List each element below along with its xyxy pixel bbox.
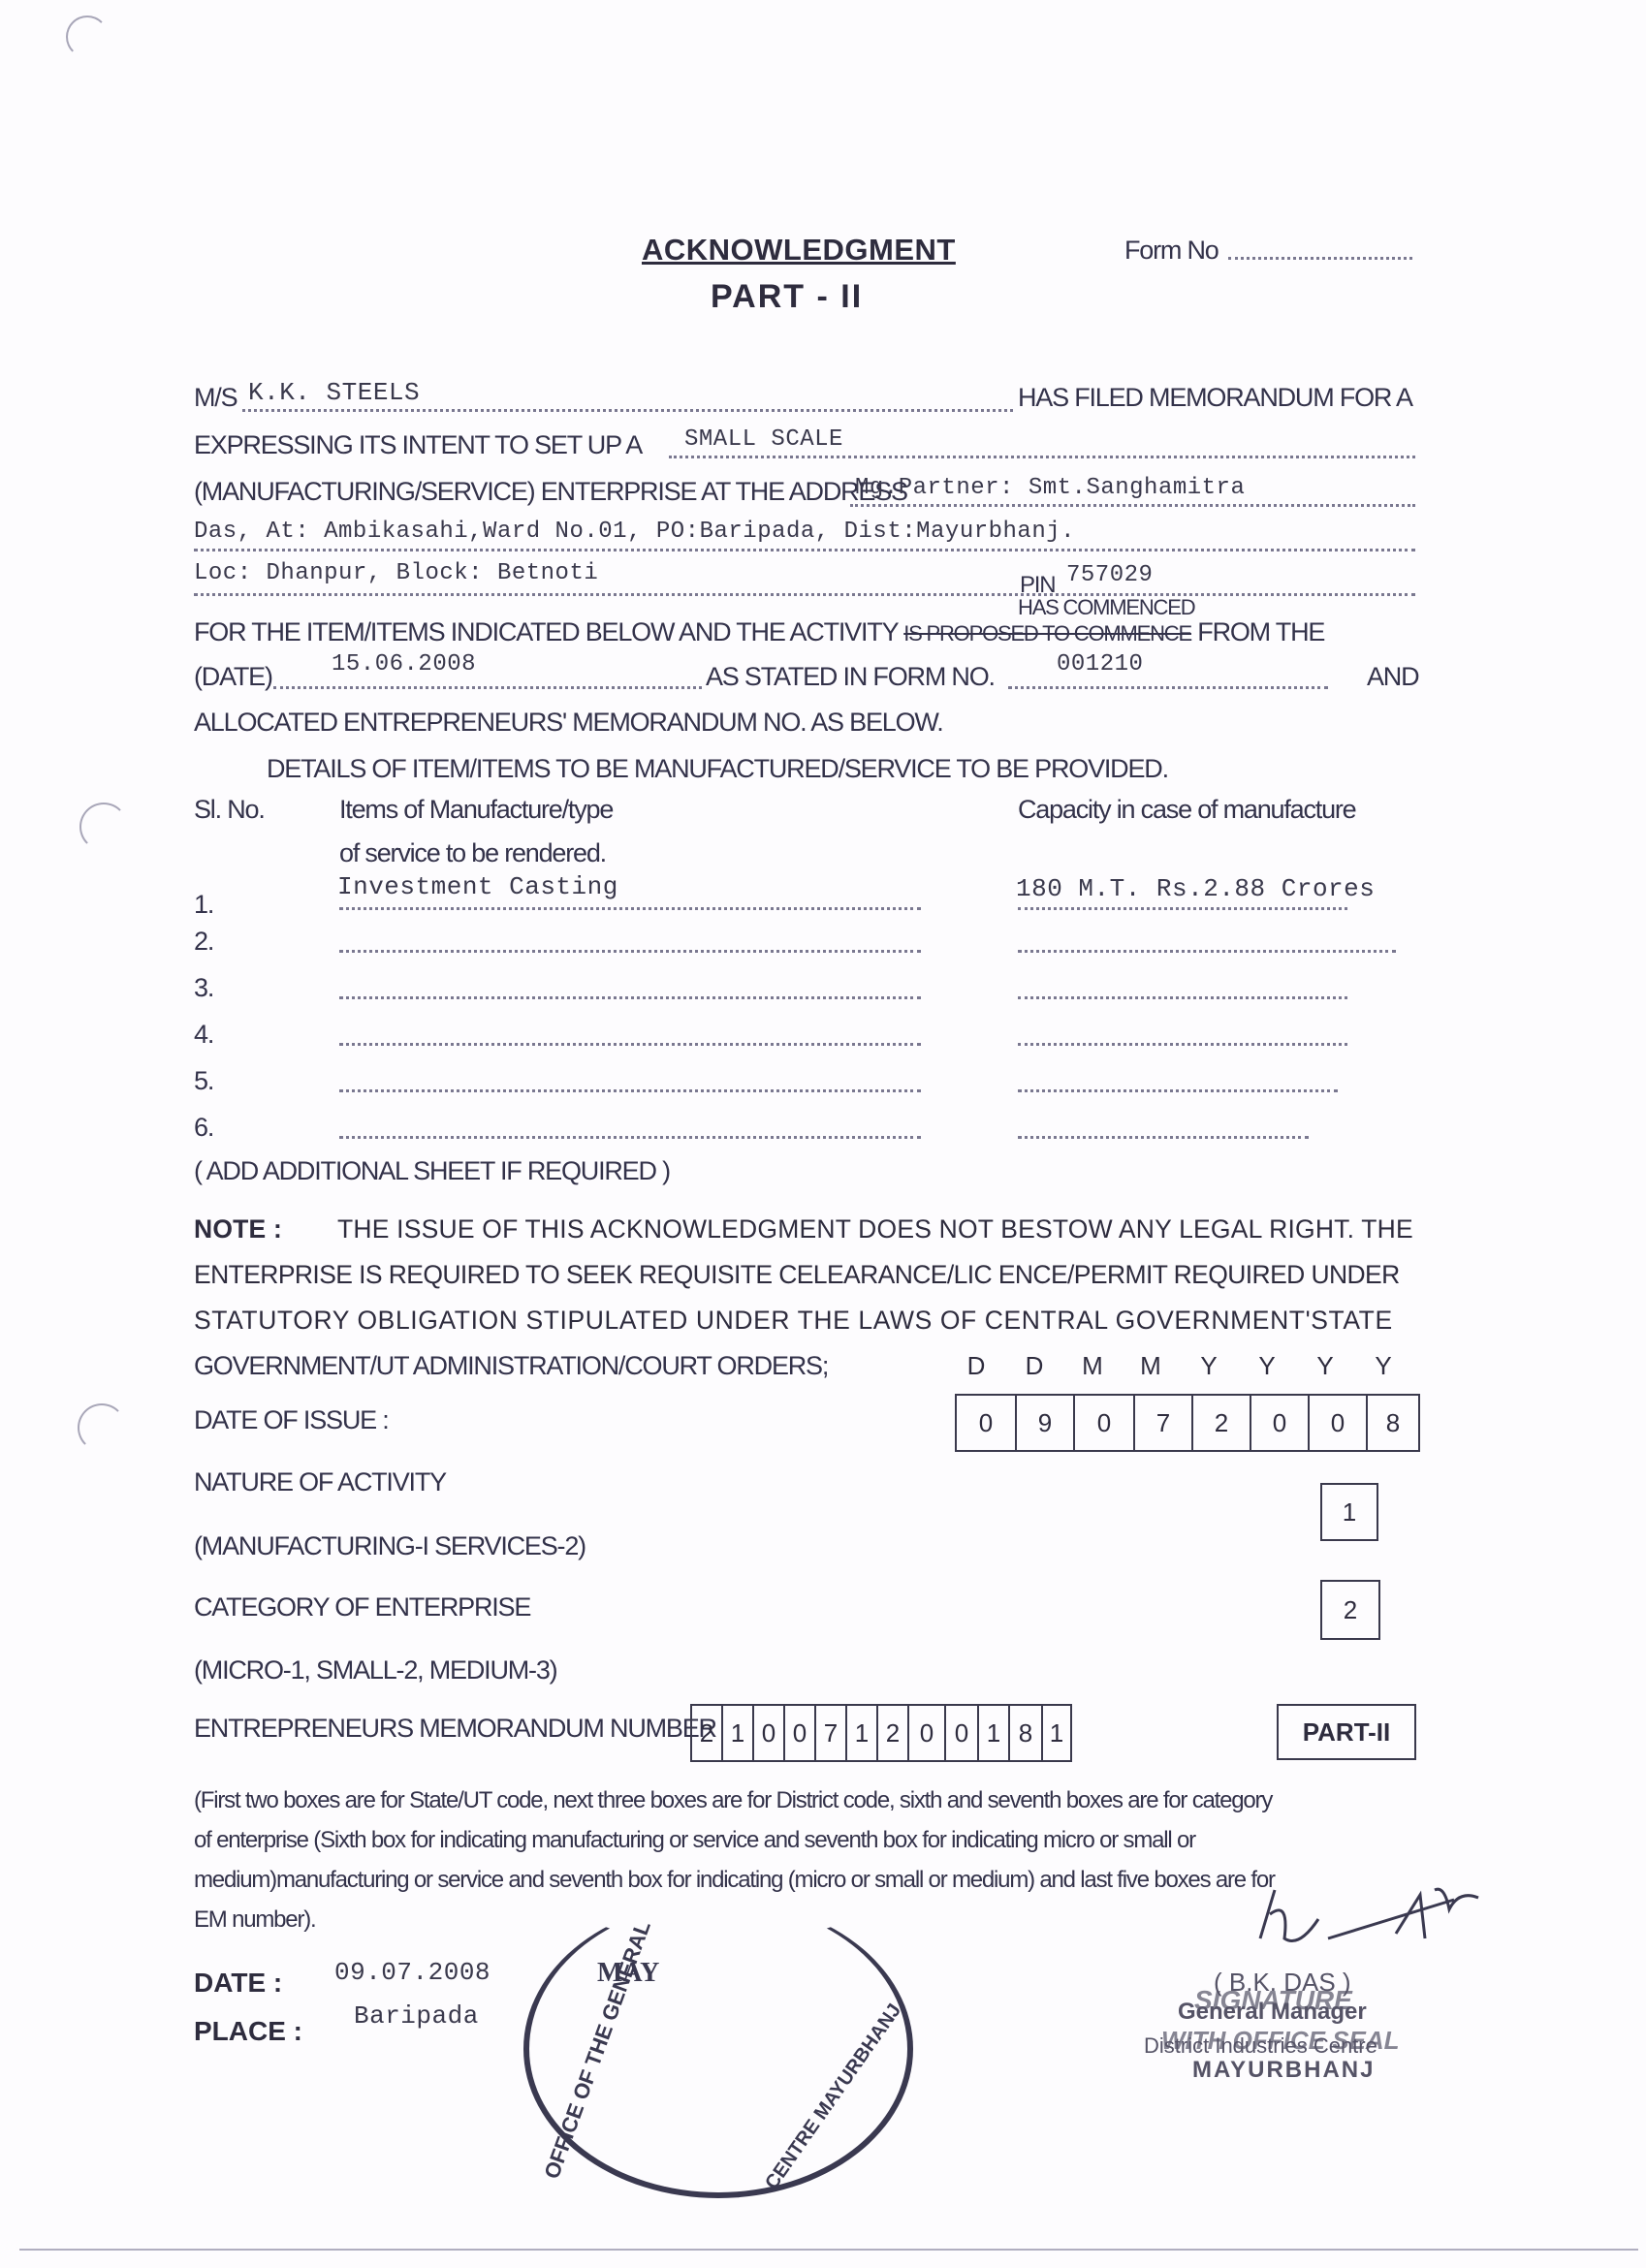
items-list: 1. Investment Casting 180 M.T. Rs.2.88 C… [194, 872, 1425, 1151]
capacity-field [1018, 907, 1347, 910]
note-line-1: THE ISSUE OF THIS ACKNOWLEDGMENT DOES NO… [337, 1214, 1413, 1244]
em-digit: 1 [979, 1706, 1010, 1760]
category-label: CATEGORY OF ENTERPRISE [194, 1592, 530, 1622]
em-digit: 8 [1010, 1706, 1043, 1760]
date-digit: 0 [1075, 1396, 1135, 1450]
activity-struck-text: IS PROPOSED TO COMMENCE [903, 621, 1191, 646]
commence-date-field [273, 686, 702, 689]
details-heading: DETAILS OF ITEM/ITEMS TO BE MANUFACTURED… [267, 754, 1168, 784]
date-digit: 0 [1251, 1396, 1310, 1450]
category-value-box: 2 [1320, 1580, 1380, 1640]
em-digit: 1 [847, 1706, 878, 1760]
note-label: NOTE : [194, 1214, 282, 1244]
note-line-3: STATUTORY OBLIGATION STIPULATED UNDER TH… [194, 1306, 1393, 1336]
page-bottom-edge [19, 2249, 1638, 2251]
capacity-field [1018, 1089, 1338, 1092]
footnote-line-4: EM number). [194, 1906, 316, 1934]
col-sl-no: Sl. No. [194, 795, 265, 825]
signatory-place: MAYURBHANJ [1192, 2057, 1375, 2084]
date-digit: 0 [957, 1396, 1017, 1450]
address-line-1: Mg.Partner: Smt.Sanghamitra [855, 475, 1245, 501]
scale-field [669, 456, 1415, 458]
footnote-line-3: medium)manufacturing or service and seve… [194, 1867, 1275, 1894]
form-no-field [1228, 257, 1412, 260]
nature-hint: (MANUFACTURING-I SERVICES-2) [194, 1531, 586, 1561]
em-digit: 7 [816, 1706, 847, 1760]
note-line-4: GOVERNMENT/UT ADMINISTRATION/COURT ORDER… [194, 1351, 828, 1381]
activity-text: FOR THE ITEM/ITEMS INDICATED BELOW AND T… [194, 617, 1324, 647]
form-no-label: Form No [1124, 236, 1219, 266]
list-item: 4. [194, 1012, 1425, 1058]
address-line-2: Das, At: Ambikasahi,Ward No.01, PO:Barip… [194, 519, 1075, 545]
em-part-box: PART-II [1277, 1704, 1416, 1760]
address-line-3: Loc: Dhanpur, Block: Betnoti [194, 560, 598, 586]
date-digit: 7 [1135, 1396, 1193, 1450]
nature-value-box: 1 [1320, 1483, 1378, 1541]
form-number-field [1008, 686, 1328, 689]
punch-hole-mark [78, 1403, 126, 1452]
col-item: Items of Manufacture/type [339, 795, 613, 825]
footer-place-label: PLACE : [194, 2016, 302, 2047]
commence-date: 15.06.2008 [332, 651, 476, 677]
footer-place-value: Baripada [354, 2001, 479, 2031]
form-number: 001210 [1057, 651, 1143, 677]
em-digit: 2 [878, 1706, 909, 1760]
em-digit: 2 [692, 1706, 723, 1760]
category-hint: (MICRO-1, SMALL-2, MEDIUM-3) [194, 1655, 556, 1685]
note-line-2: ENTERPRISE IS REQUIRED TO SEEK REQUISITE… [194, 1260, 1400, 1290]
em-digit: 0 [754, 1706, 785, 1760]
date-of-issue-boxes: 0 9 0 7 2 0 0 8 [955, 1394, 1420, 1452]
date-digit: 8 [1368, 1396, 1418, 1450]
stamp-text-right: CENTRE MAYURBHANJ [761, 2000, 906, 2193]
and-text: AND [1367, 662, 1418, 692]
date-digit: 9 [1017, 1396, 1075, 1450]
intent-text: EXPRESSING ITS INTENT TO SET UP A [194, 430, 642, 460]
address-field [850, 504, 1415, 507]
item-capacity: 180 M.T. Rs.2.88 Crores [1016, 874, 1375, 903]
pin-code: 757029 [1066, 562, 1153, 588]
list-item: 1. Investment Casting 180 M.T. Rs.2.88 C… [194, 872, 1425, 919]
additional-sheet-note: ( ADD ADDITIONAL SHEET IF REQUIRED ) [194, 1156, 670, 1186]
em-number-label: ENTREPRENEURS MEMORANDUM NUMBER [194, 1714, 716, 1744]
date-digit: 0 [1310, 1396, 1368, 1450]
date-format-header: D D M M Y Y Y Y [955, 1351, 1405, 1381]
seal-caption: WITH OFFICE SEAL [1161, 2026, 1400, 2056]
ms-label: M/S [194, 383, 237, 413]
footnote-line-2: of enterprise (Sixth box for indicating … [194, 1827, 1195, 1854]
footnote-line-1: (First two boxes are for State/UT code, … [194, 1787, 1272, 1814]
capacity-field [1018, 1136, 1309, 1139]
handwritten-signature [1250, 1880, 1483, 1963]
footer-date-label: DATE : [194, 1968, 282, 1999]
capacity-field [1018, 950, 1396, 953]
item-field [339, 1136, 921, 1139]
list-item: 2. [194, 919, 1425, 965]
list-item: 6. [194, 1105, 1425, 1151]
office-seal-stamp: MAY OFFICE OF THE GENERAL CENTRE MAYURBH… [523, 1900, 913, 2198]
date-label: (DATE) [194, 662, 272, 692]
document-part: PART - II [711, 278, 863, 316]
em-digit: 0 [785, 1706, 816, 1760]
em-digit: 1 [723, 1706, 754, 1760]
document-title: ACKNOWLEDGMENT [642, 233, 956, 268]
capacity-field [1018, 996, 1347, 999]
item-field [339, 1089, 921, 1092]
punch-hole-mark [79, 803, 128, 851]
date-of-issue-label: DATE OF ISSUE : [194, 1405, 389, 1435]
item-field [339, 907, 921, 910]
enterprise-scale: SMALL SCALE [684, 426, 843, 453]
filed-text: HAS FILED MEMORANDUM FOR A [1018, 383, 1412, 413]
em-digit: 0 [909, 1706, 946, 1760]
signature-caption: SIGNATURE [1194, 1985, 1352, 2016]
em-digit: 1 [1043, 1706, 1070, 1760]
enterprise-address-label: (MANUFACTURING/SERVICE) ENTERPRISE AT TH… [194, 477, 907, 507]
item-field [339, 996, 921, 999]
col-capacity: Capacity in case of manufacture [1018, 795, 1356, 825]
em-digit: 0 [946, 1706, 979, 1760]
activity-overwrite: HAS COMMENCED [1018, 595, 1194, 620]
item-field [339, 1043, 921, 1046]
address-field [194, 593, 1415, 596]
allocated-text: ALLOCATED ENTREPRENEURS' MEMORANDUM NO. … [194, 708, 943, 738]
firm-name-field [242, 409, 1013, 412]
capacity-field [1018, 1043, 1347, 1046]
list-item: 3. [194, 965, 1425, 1012]
date-digit: 2 [1193, 1396, 1251, 1450]
list-item: 5. [194, 1058, 1425, 1105]
nature-label: NATURE OF ACTIVITY [194, 1467, 446, 1497]
item-field [339, 950, 921, 953]
firm-name: K.K. STEELS [248, 378, 420, 407]
item-name: Investment Casting [337, 872, 618, 901]
as-stated-text: AS STATED IN FORM NO. [706, 662, 995, 692]
footer-date-value: 09.07.2008 [334, 1958, 491, 1987]
punch-hole-mark [66, 16, 109, 58]
address-field [194, 549, 1415, 551]
signature-scribble-icon [1250, 1880, 1483, 1958]
em-number-boxes: 2 1 0 0 7 1 2 0 0 1 8 1 [690, 1704, 1072, 1762]
col-item-sub: of service to be rendered. [339, 838, 606, 868]
